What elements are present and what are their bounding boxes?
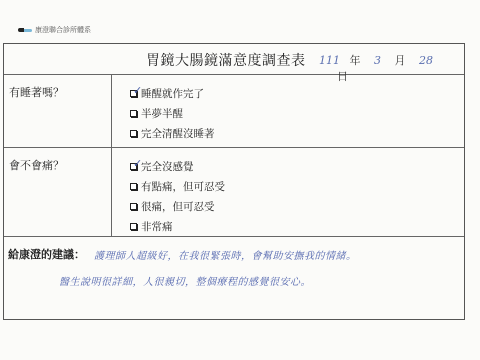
org-header: 康澄聯合診所體系 bbox=[18, 25, 91, 35]
date-month: 3 bbox=[374, 54, 381, 67]
option-item[interactable]: 非常痛 bbox=[130, 216, 225, 236]
checkbox[interactable] bbox=[130, 203, 137, 210]
advice-line-2: 醫生說明很詳細，人很親切，整個療程的感覺很安心。 bbox=[59, 273, 311, 288]
option-label: 完全沒感覺 bbox=[141, 159, 194, 174]
option-item[interactable]: 有點痛，但可忍受 bbox=[130, 176, 225, 196]
option-label: 有點痛，但可忍受 bbox=[141, 179, 225, 194]
survey-form: 胃鏡大腸鏡滿意度調查表 111 年 3 月 28 日 有睡著嗎？ ✓ 睡醒就作完… bbox=[3, 43, 465, 320]
date-day: 28 bbox=[419, 54, 433, 67]
month-label: 月 bbox=[395, 54, 406, 67]
question-label: 有睡著嗎？ bbox=[9, 84, 64, 100]
options-list: ✓ 完全沒感覺 有點痛，但可忍受 很痛，但可忍受 非常痛 bbox=[130, 156, 225, 236]
option-label: 睡醒就作完了 bbox=[141, 86, 204, 101]
option-label: 半夢半醒 bbox=[141, 106, 183, 121]
options-list: ✓ 睡醒就作完了 半夢半醒 完全清醒沒睡著 bbox=[130, 83, 215, 143]
title-row: 胃鏡大腸鏡滿意度調查表 111 年 3 月 28 日 bbox=[4, 44, 464, 75]
date-year: 111 bbox=[319, 54, 340, 67]
option-item[interactable]: 完全清醒沒睡著 bbox=[130, 123, 215, 143]
option-label: 很痛，但可忍受 bbox=[141, 199, 215, 214]
option-item[interactable]: ✓ 完全沒感覺 bbox=[130, 156, 225, 176]
survey-title: 胃鏡大腸鏡滿意度調查表 bbox=[146, 50, 306, 70]
org-name: 康澄聯合診所體系 bbox=[35, 25, 91, 35]
clinic-logo-icon bbox=[18, 28, 32, 32]
checkmark-icon: ✓ bbox=[133, 157, 142, 170]
checkbox[interactable] bbox=[130, 130, 137, 137]
checkbox-checked[interactable]: ✓ bbox=[130, 163, 137, 170]
year-label: 年 bbox=[350, 54, 361, 67]
column-divider bbox=[111, 74, 112, 147]
question-row-sleep: 有睡著嗎？ ✓ 睡醒就作完了 半夢半醒 完全清醒沒睡著 bbox=[4, 74, 464, 148]
checkbox-checked[interactable]: ✓ bbox=[130, 90, 137, 97]
question-label: 會不會痛？ bbox=[9, 157, 64, 173]
option-item[interactable]: 半夢半醒 bbox=[130, 103, 215, 123]
checkbox[interactable] bbox=[130, 110, 137, 117]
option-label: 非常痛 bbox=[141, 219, 173, 234]
checkbox[interactable] bbox=[130, 183, 137, 190]
checkmark-icon: ✓ bbox=[133, 84, 142, 97]
checkbox[interactable] bbox=[130, 223, 137, 230]
advice-line-1: 護理師人超級好，在我很緊張時，會幫助安撫我的情緒。 bbox=[94, 247, 357, 262]
option-item[interactable]: 很痛，但可忍受 bbox=[130, 196, 225, 216]
question-row-pain: 會不會痛？ ✓ 完全沒感覺 有點痛，但可忍受 很痛，但可忍受 非常痛 bbox=[4, 147, 464, 237]
option-item[interactable]: ✓ 睡醒就作完了 bbox=[130, 83, 215, 103]
option-label: 完全清醒沒睡著 bbox=[141, 126, 215, 141]
advice-label: 給康澄的建議： bbox=[8, 246, 85, 262]
column-divider bbox=[111, 147, 112, 236]
